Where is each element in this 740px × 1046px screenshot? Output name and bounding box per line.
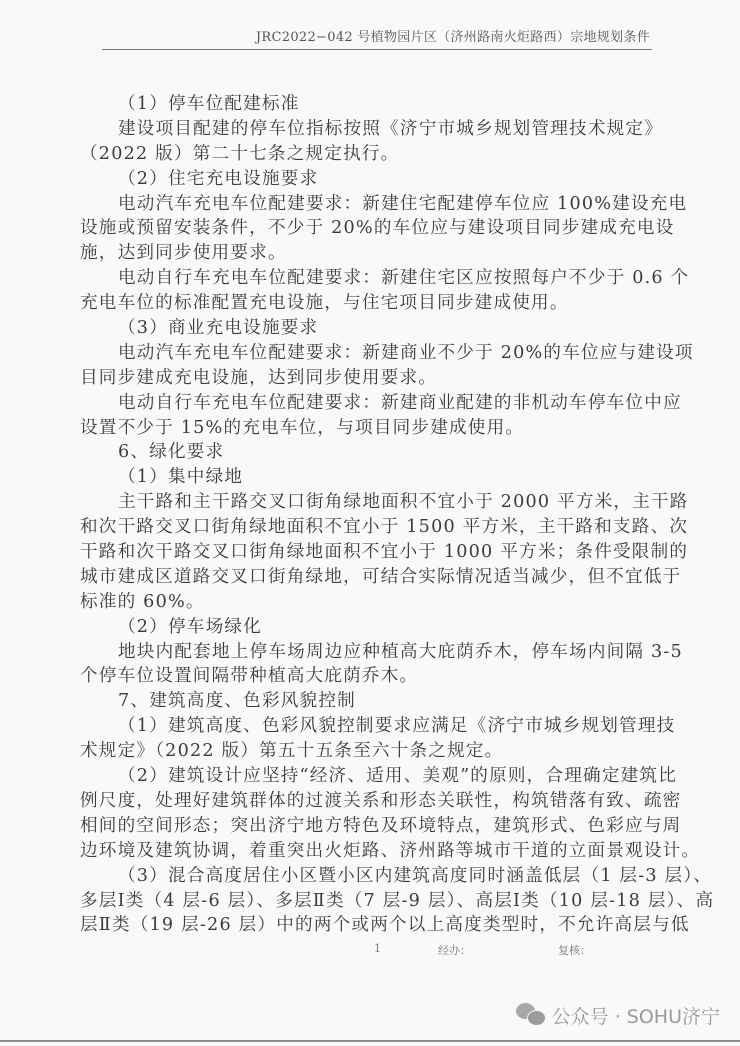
text-line: 充电车位的标准配置充电设施，与住宅项目同步建成使用。 [80, 291, 652, 316]
text-line: 城市建成区道路交叉口街角绿地，可结合实际情况适当减少，但不宜低于 [80, 565, 652, 590]
document-page: JRC2022−042 号植物园片区（济州路南火炬路西）宗地规划条件 （1）停车… [0, 0, 740, 1046]
text-line: 干路和次干路交叉口街角绿地面积不宜小于 1000 平方米；条件受限制的 [80, 540, 652, 565]
text-line: 电动汽车充电车位配建要求：新建商业不少于 20%的车位应与建设项 [80, 341, 652, 366]
section-heading: （1）停车位配建标准 [80, 92, 652, 117]
page-footer: 1 经办： 复核： [0, 938, 740, 962]
section-heading: （3）商业充电设施要求 [80, 316, 652, 341]
text-line: 电动汽车充电车位配建要求：新建住宅配建停车位应 100%建设充电 [80, 192, 652, 217]
text-line: 主干路和主干路交叉口街角绿地面积不宜小于 2000 平方米，主干路 [80, 490, 652, 515]
reviewer-label: 复核： [558, 942, 591, 958]
handler-label: 经办： [438, 942, 471, 958]
section-heading: （2）住宅充电设施要求 [80, 167, 652, 192]
section-heading: （2）停车场绿化 [80, 615, 652, 640]
text-line: （2）建筑设计应坚持“经济、适用、美观”的原则，合理确定建筑比 [80, 764, 652, 789]
text-line: 设施或预留安装条件，不少于 20%的车位应与建设项目同步建成充电设 [80, 216, 652, 241]
wechat-icon [516, 1003, 546, 1027]
section-heading: 6、绿化要求 [80, 440, 652, 465]
text-line: 标准的 60%。 [80, 590, 652, 615]
text-line: 电动自行车充电车位配建要求：新建商业配建的非机动车停车位中应 [80, 391, 652, 416]
text-line: 多层Ⅰ类（4 层-6 层）、多层Ⅱ类（7 层-9 层）、高层Ⅰ类（10 层-18… [80, 889, 652, 914]
header-divider [102, 49, 652, 50]
text-line: 术规定》（2022 版）第五十五条至六十条之规定。 [80, 739, 652, 764]
text-line: 目同步建成充电设施，达到同步使用要求。 [80, 366, 652, 391]
text-line: 个停车位设置间隔带种植高大庇荫乔木。 [80, 664, 652, 689]
page-number: 1 [374, 942, 381, 955]
bottom-divider [0, 1040, 740, 1042]
text-line: 施，达到同步使用要求。 [80, 241, 652, 266]
watermark: 公众号 · SOHU济宁 [516, 1000, 720, 1030]
text-line: 和次干路交叉口街角绿地面积不宜小于 1500 平方米，主干路和支路、次 [80, 515, 652, 540]
text-line: 地块内配套地上停车场周边应种植高大庇荫乔木，停车场内间隔 3-5 [80, 640, 652, 665]
text-line: （2022 版）第二十七条之规定执行。 [80, 142, 652, 167]
section-heading: （1）集中绿地 [80, 465, 652, 490]
text-line: 电动自行车充电车位配建要求：新建住宅区应按照每户不少于 0.6 个 [80, 266, 652, 291]
header-title: JRC2022−042 号植物园片区（济州路南火炬路西）宗地规划条件 [256, 26, 650, 45]
text-line: 建设项目配建的停车位指标按照《济宁市城乡规划管理技术规定》 [80, 117, 652, 142]
text-line: 边环境及建筑协调，着重突出火炬路、济州路等城市干道的立面景观设计。 [80, 839, 652, 864]
text-line: 例尺度，处理好建筑群体的过渡关系和形态关联性，构筑错落有致、疏密 [80, 789, 652, 814]
document-body: （1）停车位配建标准建设项目配建的停车位指标按照《济宁市城乡规划管理技术规定》（… [80, 92, 652, 938]
watermark-text: 公众号 · SOHU济宁 [552, 1002, 720, 1029]
text-line: （1）建筑高度、色彩风貌控制要求应满足《济宁市城乡规划管理技 [80, 714, 652, 739]
section-heading: 7、建筑高度、色彩风貌控制 [80, 689, 652, 714]
text-line: 设置不少于 15%的充电车位，与项目同步建成使用。 [80, 416, 652, 441]
text-line: （3）混合高度居住小区暨小区内建筑高度同时涵盖低层（1 层-3 层）、 [80, 864, 652, 889]
text-line: 层Ⅱ类（19 层-26 层）中的两个或两个以上高度类型时，不允许高层与低 [80, 913, 652, 938]
text-line: 相间的空间形态；突出济宁地方特色及环境特点，建筑形式、色彩应与周 [80, 814, 652, 839]
